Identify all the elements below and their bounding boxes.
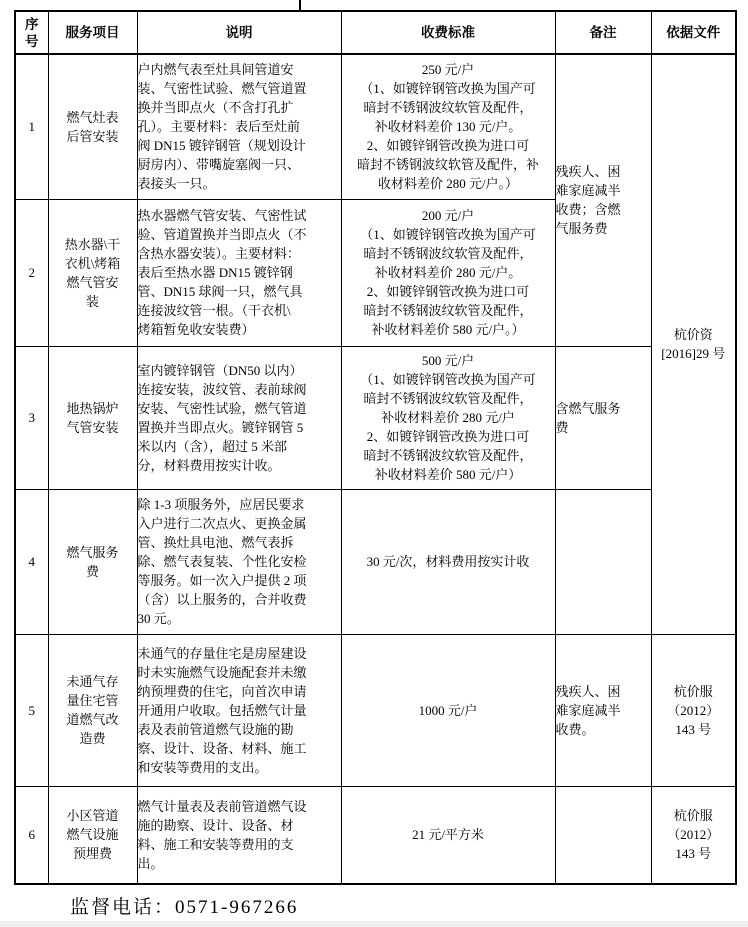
cell-fee-2: 200 元/户 （1、如镀锌钢管改换为国产可 暗封不锈钢波纹软管及配件， 补收材… — [341, 199, 555, 346]
cell-remark-rows-1-2: 残疾人、困 难家庭减半 收费；含燃 气服务费 — [555, 54, 651, 346]
cell-desc-1: 户内燃气表至灶具间管道安 装、气密性试验、燃气管道置 换并当即点火（不含打孔扩 … — [137, 54, 341, 199]
cell-remark-3: 含燃气服务 费 — [555, 346, 651, 489]
cell-desc-3: 室内镀锌钢管（DN50 以内） 连接安装，波纹管、表前球阀 安装、气密性试验，燃… — [137, 346, 341, 489]
col-header-item: 服务项目 — [48, 11, 137, 54]
viewport-bottom-edge — [0, 921, 748, 927]
cell-item-5: 未通气存 量住宅管 道燃气改 造费 — [48, 634, 137, 786]
cell-no-6: 6 — [15, 786, 48, 884]
cell-item-6: 小区管道 燃气设施 预埋费 — [48, 786, 137, 884]
cell-remark-6 — [555, 786, 651, 884]
cell-fee-6: 21 元/平方米 — [341, 786, 555, 884]
cell-fee-4: 30 元/次，材料费用按实计收 — [341, 489, 555, 634]
table-row-6: 6 小区管道 燃气设施 预埋费 燃气计量表及表前管道燃气设 施的勘察、设计、设备… — [15, 786, 736, 884]
cell-desc-6: 燃气计量表及表前管道燃气设 施的勘察、设计、设备、材 料、施工和安装等费用的支 … — [137, 786, 341, 884]
cell-no-3: 3 — [15, 346, 48, 489]
cell-item-1: 燃气灶表 后管安装 — [48, 54, 137, 199]
table-row-3: 3 地热锅炉 气管安装 室内镀锌钢管（DN50 以内） 连接安装，波纹管、表前球… — [15, 346, 736, 489]
cell-fee-5: 1000 元/户 — [341, 634, 555, 786]
cell-remark-5: 残疾人、困 难家庭减半 收费。 — [555, 634, 651, 786]
cell-desc-5: 未通气的存量住宅是房屋建设 时未实施燃气设施配套并未缴 纳预埋费的住宅，向首次申… — [137, 634, 341, 786]
cell-doc-6: 杭价服 （2012） 143 号 — [651, 786, 736, 884]
col-header-remark: 备注 — [555, 11, 651, 54]
cell-no-1: 1 — [15, 54, 48, 199]
cell-doc-rows-1-4: 杭价资 [2016]29 号 — [651, 54, 736, 634]
cell-remark-4 — [555, 489, 651, 634]
cell-doc-5: 杭价服 （2012） 143 号 — [651, 634, 736, 786]
col-header-desc: 说明 — [137, 11, 341, 54]
col-header-fee: 收费标准 — [341, 11, 555, 54]
col-header-no: 序 号 — [15, 11, 48, 54]
cell-item-4: 燃气服务 费 — [48, 489, 137, 634]
cell-item-3: 地热锅炉 气管安装 — [48, 346, 137, 489]
cell-fee-1: 250 元/户 （1、如镀锌钢管改换为国产可 暗封不锈钢波纹软管及配件， 补收材… — [341, 54, 555, 199]
cell-no-2: 2 — [15, 199, 48, 346]
col-header-doc: 依据文件 — [651, 11, 736, 54]
cell-desc-4: 除 1-3 项服务外，应居民要求 入户进行二次点火、更换金属 管、换灶具电池、燃… — [137, 489, 341, 634]
cell-no-5: 5 — [15, 634, 48, 786]
cell-desc-2: 热水器燃气管安装、气密性试 验、管道置换并当即点火（不 含热水器安装）。主要材料… — [137, 199, 341, 346]
supervision-phone: 监督电话：0571-967266 — [70, 892, 298, 919]
gas-service-fee-table: 序 号 服务项目 说明 收费标准 备注 依据文件 1 燃气灶表 后管安装 户内燃… — [14, 10, 737, 885]
header-row: 序 号 服务项目 说明 收费标准 备注 依据文件 — [15, 11, 736, 54]
cell-item-2: 热水器\干 衣机\烤箱 燃气管安 装 — [48, 199, 137, 346]
table-row-4: 4 燃气服务 费 除 1-3 项服务外，应居民要求 入户进行二次点火、更换金属 … — [15, 489, 736, 634]
cell-no-4: 4 — [15, 489, 48, 634]
table-row-5: 5 未通气存 量住宅管 道燃气改 造费 未通气的存量住宅是房屋建设 时未实施燃气… — [15, 634, 736, 786]
table-row-1: 1 燃气灶表 后管安装 户内燃气表至灶具间管道安 装、气密性试验、燃气管道置 换… — [15, 54, 736, 199]
cell-fee-3: 500 元/户 （1、如镀锌钢管改换为国产可 暗封不锈钢波纹软管及配件， 补收材… — [341, 346, 555, 489]
